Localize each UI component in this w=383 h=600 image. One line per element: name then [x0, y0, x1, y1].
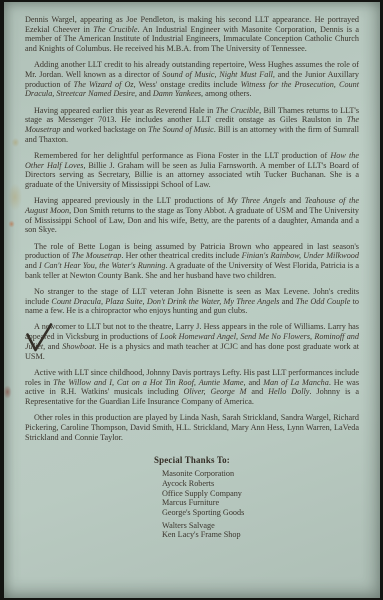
- bio-paragraph: The role of Bette Logan is being assumed…: [25, 242, 359, 281]
- cast-bios: Dennis Wargel, appearing as Joe Pendleto…: [25, 15, 359, 442]
- bio-paragraph: Active with LLT since childhood, Johnny …: [25, 368, 359, 407]
- bio-paragraph: Dennis Wargel, appearing as Joe Pendleto…: [25, 15, 359, 54]
- paper-stain: [10, 136, 21, 149]
- thanks-item: Office Supply Company: [162, 489, 359, 499]
- bio-paragraph: No stranger to the stage of LLT veteran …: [25, 287, 359, 316]
- special-thanks-list: Masonite CorporationAycock RobertsOffice…: [25, 469, 359, 540]
- program-text-block: Dennis Wargel, appearing as Joe Pendleto…: [25, 15, 359, 540]
- scanned-program-page: Dennis Wargel, appearing as Joe Pendleto…: [4, 2, 380, 598]
- bio-paragraph: Having appeared earlier this year as Rev…: [25, 106, 359, 145]
- thanks-item: Ken Lacy's Frame Shop: [162, 530, 359, 540]
- thanks-item: Masonite Corporation: [162, 469, 359, 479]
- bio-paragraph: Other roles in this production are playe…: [25, 413, 359, 442]
- paper-stain: [2, 383, 13, 401]
- special-thanks-heading: Special Thanks To:: [25, 456, 359, 466]
- special-thanks-section: Special Thanks To: Masonite CorporationA…: [25, 456, 359, 540]
- paper-stain: [7, 219, 16, 229]
- bio-paragraph: A newcomer to LLT but not to the theatre…: [25, 322, 359, 361]
- thanks-item: George's Sporting Goods: [162, 508, 359, 518]
- bio-paragraph: Having appeared previously in the LLT pr…: [25, 196, 359, 235]
- thanks-item: Walters Salvage: [162, 521, 359, 531]
- paper-stain: [5, 178, 25, 216]
- thanks-item: Aycock Roberts: [162, 479, 359, 489]
- bio-paragraph: Adding another LLT credit to his already…: [25, 60, 359, 99]
- thanks-item: Marcus Furniture: [162, 498, 359, 508]
- bio-paragraph: Remembered for her delightful performanc…: [25, 151, 359, 190]
